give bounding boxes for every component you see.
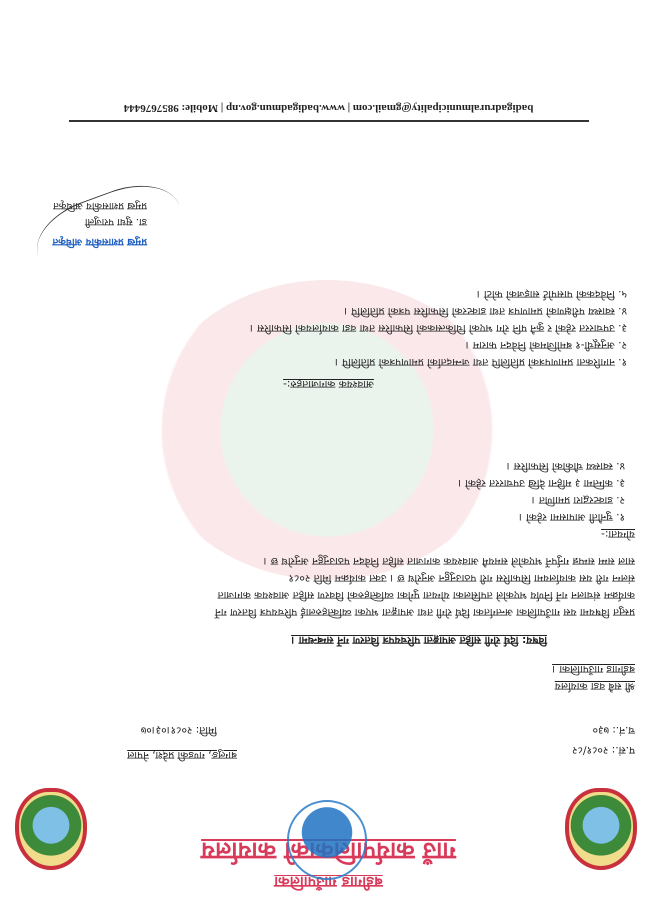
ref-no: प.सं.: २०८१/८२ [572, 741, 635, 758]
letter-page: बडीगाड गाउँपालिका गाउँ कार्यपालिकाको कार… [0, 0, 657, 910]
addressee-line1: श्री सबै वडा कार्यालय [555, 677, 635, 694]
office-address: बाग्लुङ, गण्डकी प्रदेश, नेपाल [127, 748, 237, 762]
letter-subject: विषय: दिर्घ रोगी सहित अपाङ्गता परिचयपत्र… [291, 631, 547, 648]
footer-divider [69, 120, 589, 122]
office-stamp-icon [287, 800, 367, 880]
signatory-name: डा. सुधा पराजुली [85, 216, 147, 230]
signatory-title: प्रमुख प्रशासकीय अधिकृत [53, 200, 147, 214]
letter-date: मिति: २०८१।०३।०७ [141, 721, 217, 738]
documents-title: आवश्यक कागजातहरु:- [0, 375, 657, 392]
eligibility-section: योग्यता:- १. चुनौती आपासमा रहेको । २. डा… [458, 457, 635, 542]
footer-contact: badigadruralmunicipality@gmail.com | www… [0, 102, 657, 114]
signature-stamp: प्रमुख प्रशासकीय अधिकृत [53, 236, 147, 250]
letter-body: प्रस्तुत विषयमा यस गाउँपालिका अन्तर्गतका… [35, 552, 635, 620]
documents-list: १. नागरिकता प्रमाणपत्रको प्रतिलिपि तथा ज… [250, 285, 627, 370]
dispatch-no: च.नं.: ७३० [593, 721, 635, 738]
addressee-line2: बडीगाड गाउँपालिका । [552, 660, 635, 677]
